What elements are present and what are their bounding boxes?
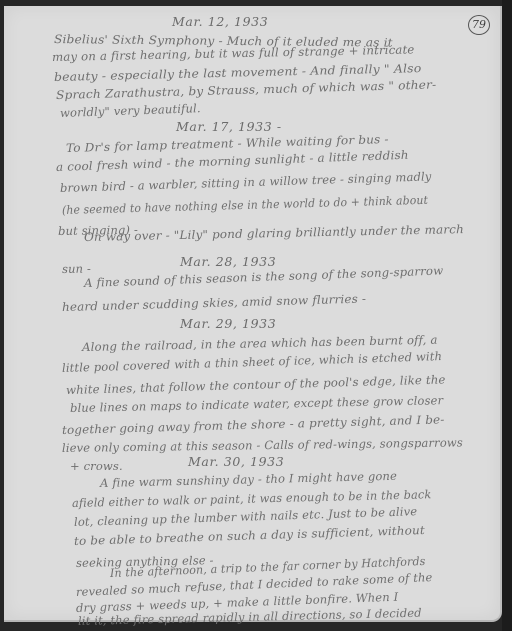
entry-date: Mar. 17, 1933 - (176, 119, 282, 134)
scan-right-border (502, 0, 512, 631)
entry-date: Mar. 12, 1933 (172, 14, 268, 29)
entry-line: + crows. (70, 459, 123, 473)
entry-date: Mar. 30, 1933 (188, 454, 284, 469)
entry-date: Mar. 29, 1933 (180, 316, 276, 331)
entry-line: sun - (62, 261, 91, 276)
entry-date: Mar. 28, 1933 (180, 254, 276, 269)
page-number: 79 (468, 15, 490, 35)
